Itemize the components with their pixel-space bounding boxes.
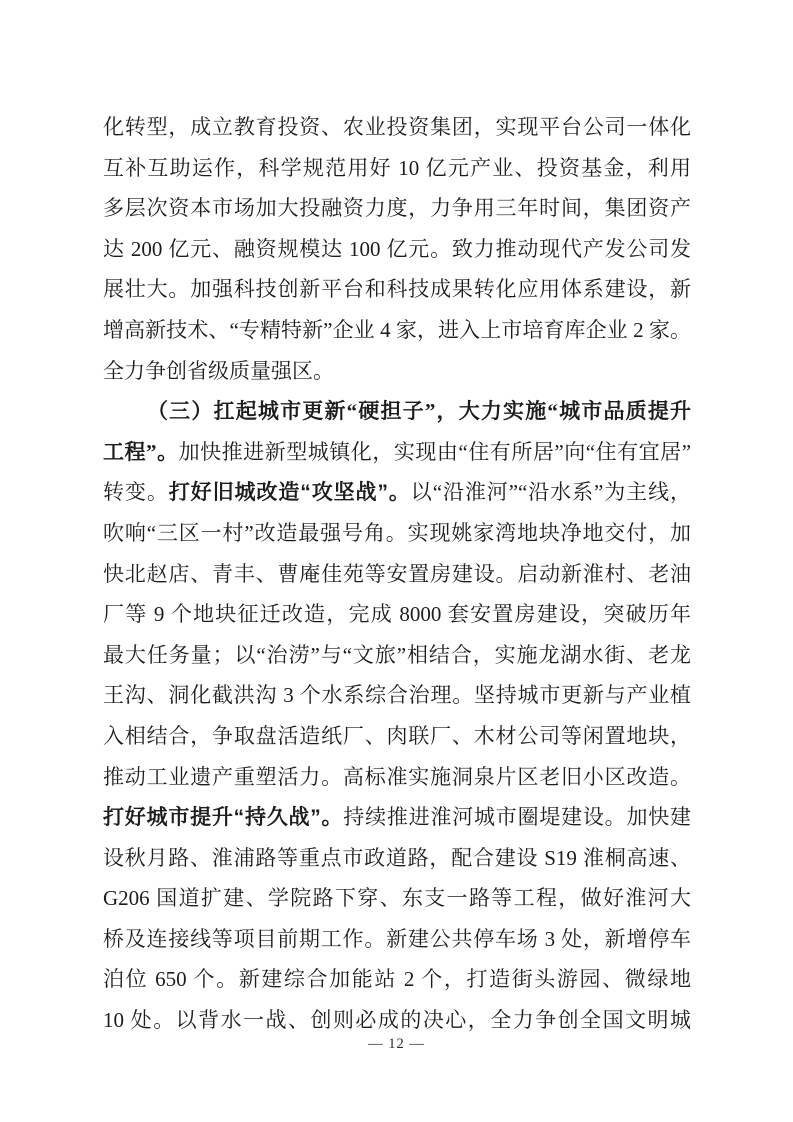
text-line: 打好城市提升“持久战”。持续推进淮河城市圈堤建设。加快建	[103, 797, 691, 838]
text-line: （三）扛起城市更新“硬担子”，大力实施“城市品质提升	[103, 391, 691, 432]
text-run-body: 化转型，成立教育投资、农业投资集团，实现平台公司一体化	[103, 115, 691, 139]
text-run-body: 全力争创省级质量强区。	[103, 359, 334, 383]
text-run-body: 多层次资本市场加大投融资力度，力争用三年时间，集团资产	[103, 196, 691, 220]
text-line: 桥及连接线等项目前期工作。新建公共停车场 3 处，新增停车	[103, 919, 691, 960]
text-run-kai: 工程”。	[103, 440, 179, 464]
text-line: 王沟、洞化截洪沟 3 个水系综合治理。坚持城市更新与产业植	[103, 675, 691, 716]
text-run-body: 互补互助运作，科学规范用好 10 亿元产业、投资基金，利用	[103, 156, 691, 180]
text-run-body: 以“沿淮河”“沿水系”为主线，	[411, 480, 691, 504]
text-line: 化转型，成立教育投资、农业投资集团，实现平台公司一体化	[103, 107, 691, 148]
text-line: 10 处。以背水一战、创则必成的决心，全力争创全国文明城	[103, 1000, 691, 1041]
text-line: 厂等 9 个地块征迁改造，完成 8000 套安置房建设，突破历年	[103, 594, 691, 635]
text-line: 入相结合，争取盘活造纸厂、肉联厂、木材公司等闲置地块，	[103, 716, 691, 757]
text-run-body: 转变。	[103, 480, 169, 504]
text-run-body: 10 处。以背水一战、创则必成的决心，全力争创全国文明城	[103, 1008, 691, 1032]
text-run-body: 泊位 650 个。新建综合加能站 2 个，打造街头游园、微绿地	[103, 967, 691, 991]
text-run-body: 达 200 亿元、融资规模达 100 亿元。致力推动现代产发公司发	[103, 237, 691, 261]
text-run-body: G206 国道扩建、学院路下穿、东支一路等工程，做好淮河大	[103, 886, 691, 910]
text-line: 全力争创省级质量强区。	[103, 351, 691, 392]
text-run-body: 最大任务量；以“治涝”与“文旅”相结合，实施龙湖水街、老龙	[103, 643, 691, 667]
text-run-hei: 打好旧城改造“攻坚战”。	[169, 481, 411, 504]
text-line: 转变。打好旧城改造“攻坚战”。以“沿淮河”“沿水系”为主线，	[103, 472, 691, 513]
text-run-body: 快北赵店、青丰、曹庵佳苑等安置房建设。启动新淮村、老油	[103, 562, 691, 586]
text-run-body: 厂等 9 个地块征迁改造，完成 8000 套安置房建设，突破历年	[103, 602, 691, 626]
text-run-body: 展壮大。加强科技创新平台和科技成果转化应用体系建设，新	[103, 277, 691, 301]
text-line: 达 200 亿元、融资规模达 100 亿元。致力推动现代产发公司发	[103, 229, 691, 270]
text-run-body: 王沟、洞化截洪沟 3 个水系综合治理。坚持城市更新与产业植	[103, 683, 691, 707]
text-run-body: 设秋月路、淮浦路等重点市政道路，配合建设 S19 淮桐高速、	[103, 846, 691, 870]
text-line: 推动工业遗产重塑活力。高标准实施洞泉片区老旧小区改造。	[103, 757, 691, 798]
text-run-body: 持续推进淮河城市圈堤建设。加快建	[343, 805, 691, 829]
text-run-body: 加快推进新型城镇化，实现由“住有所居”向“住有宜居”	[179, 440, 691, 464]
text-run-kai: （三）扛起城市更新“硬担子”，大力实施“城市品质提升	[147, 399, 691, 423]
text-line: 快北赵店、青丰、曹庵佳苑等安置房建设。启动新淮村、老油	[103, 554, 691, 595]
text-line: 最大任务量；以“治涝”与“文旅”相结合，实施龙湖水街、老龙	[103, 635, 691, 676]
text-line: 增高新技术、“专精特新”企业 4 家，进入上市培育库企业 2 家。	[103, 310, 691, 351]
text-line: 展壮大。加强科技创新平台和科技成果转化应用体系建设，新	[103, 269, 691, 310]
page-number: — 12 —	[0, 1036, 793, 1053]
text-line: 工程”。加快推进新型城镇化，实现由“住有所居”向“住有宜居”	[103, 432, 691, 473]
document-page: 化转型，成立教育投资、农业投资集团，实现平台公司一体化互补互助运作，科学规范用好…	[0, 0, 793, 1122]
text-run-body: 入相结合，争取盘活造纸厂、肉联厂、木材公司等闲置地块，	[103, 724, 691, 748]
text-run-body: 桥及连接线等项目前期工作。新建公共停车场 3 处，新增停车	[103, 927, 691, 951]
text-run-body: 吹响“三区一村”改造最强号角。实现姚家湾地块净地交付，加	[103, 521, 691, 545]
text-line: 吹响“三区一村”改造最强号角。实现姚家湾地块净地交付，加	[103, 513, 691, 554]
text-line: 互补互助运作，科学规范用好 10 亿元产业、投资基金，利用	[103, 148, 691, 189]
text-line: G206 国道扩建、学院路下穿、东支一路等工程，做好淮河大	[103, 878, 691, 919]
text-line: 多层次资本市场加大投融资力度，力争用三年时间，集团资产	[103, 188, 691, 229]
text-run-hei: 打好城市提升“持久战”。	[103, 806, 343, 829]
text-line: 泊位 650 个。新建综合加能站 2 个，打造街头游园、微绿地	[103, 959, 691, 1000]
document-body: 化转型，成立教育投资、农业投资集团，实现平台公司一体化互补互助运作，科学规范用好…	[103, 107, 691, 1041]
text-line: 设秋月路、淮浦路等重点市政道路，配合建设 S19 淮桐高速、	[103, 838, 691, 879]
text-run-body: 增高新技术、“专精特新”企业 4 家，进入上市培育库企业 2 家。	[103, 318, 691, 342]
text-run-body: 推动工业遗产重塑活力。高标准实施洞泉片区老旧小区改造。	[103, 765, 691, 789]
